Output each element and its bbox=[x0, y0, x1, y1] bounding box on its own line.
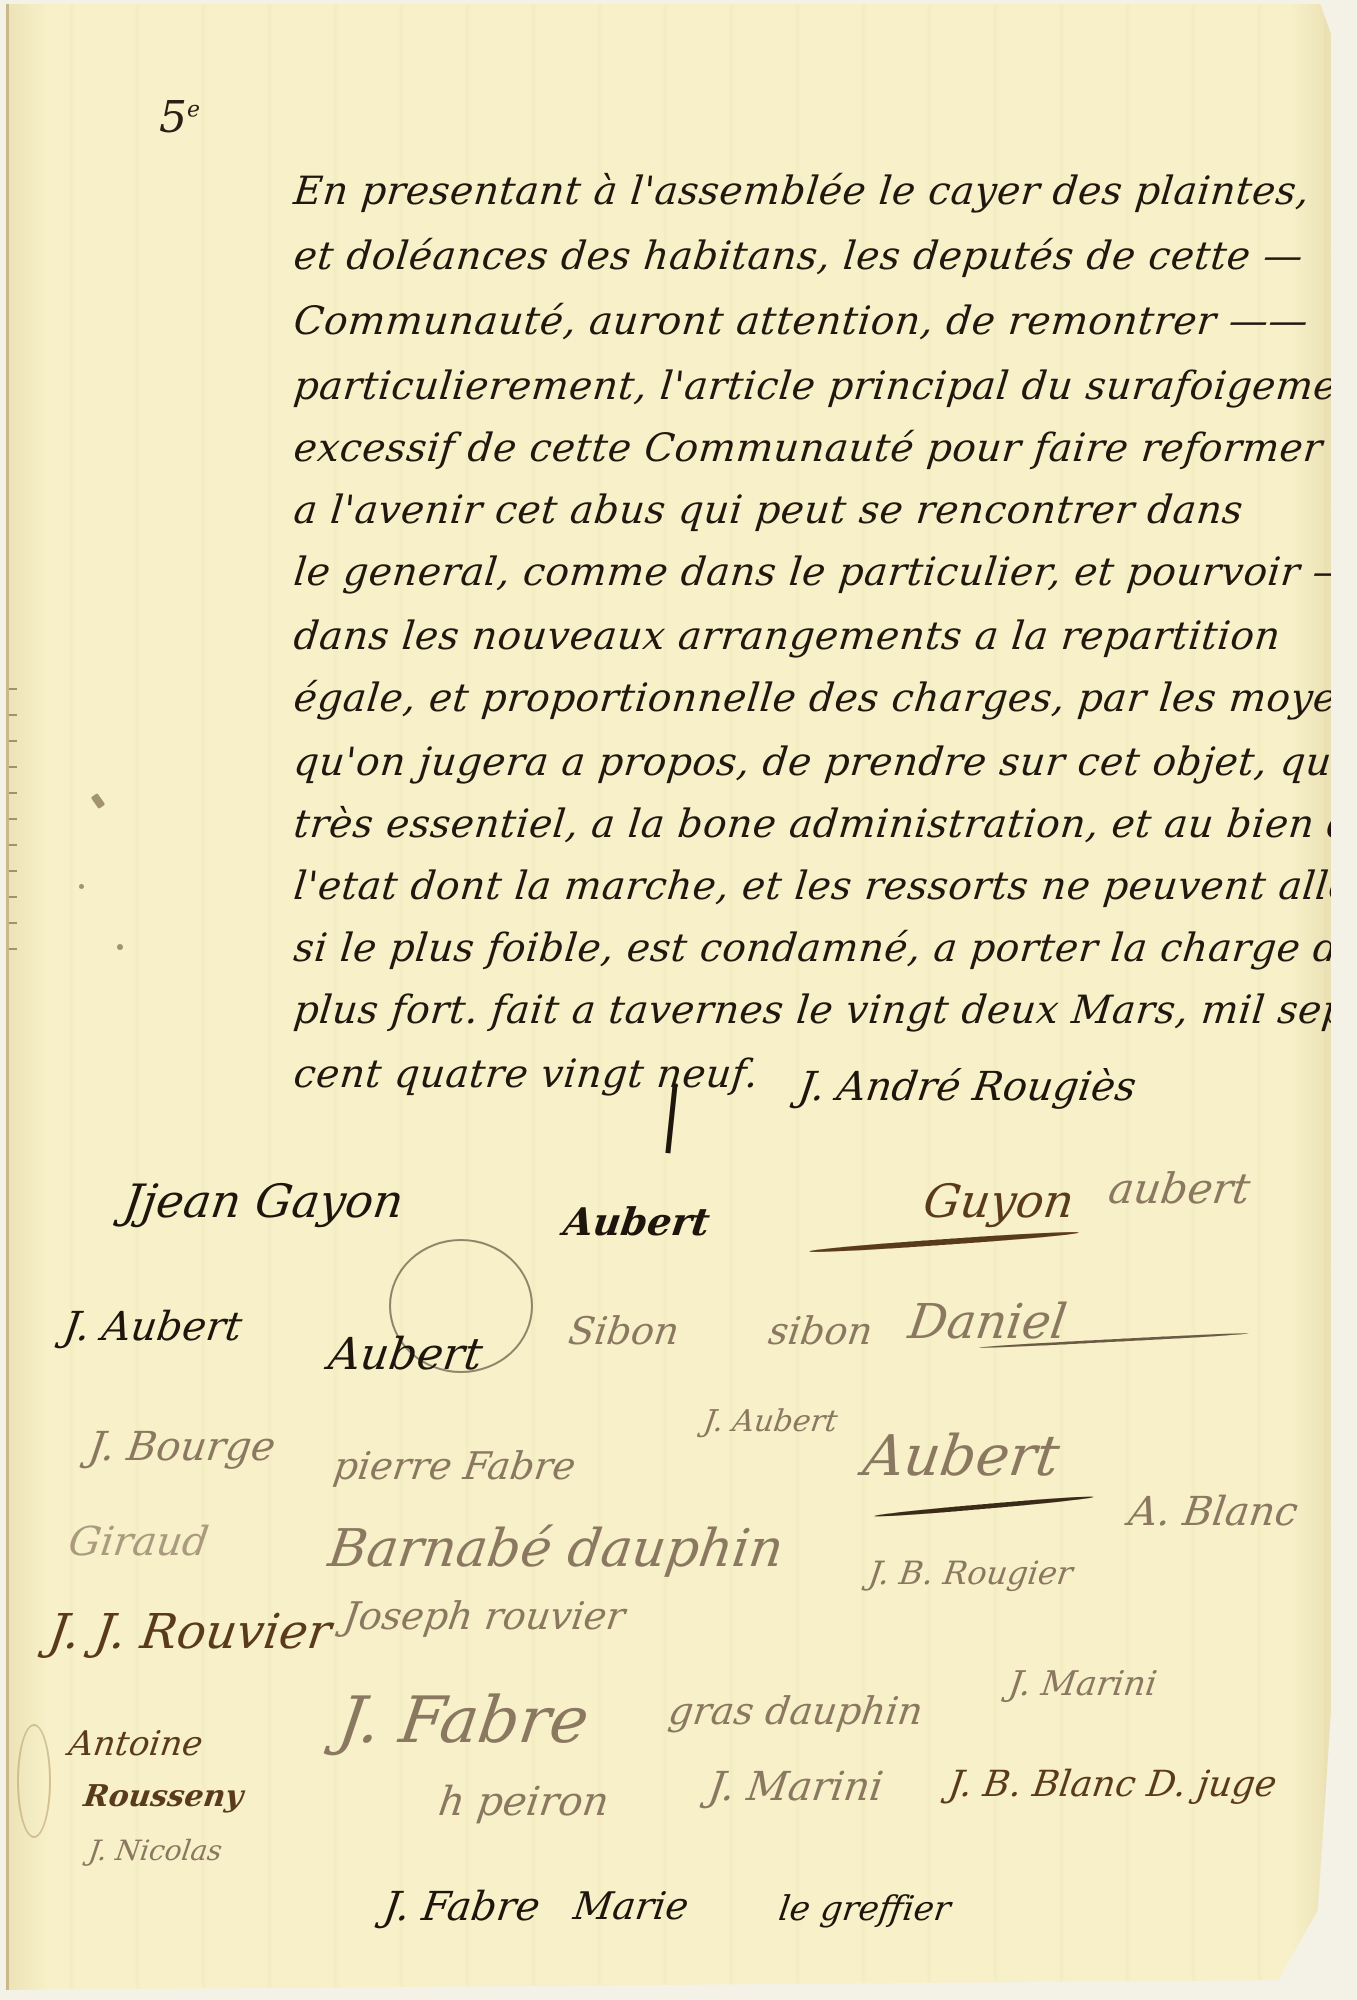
signature-j-fabre: J. Fabre bbox=[334, 1684, 593, 1758]
text-line: Communauté, auront attention, de remontr… bbox=[292, 299, 1311, 344]
signature-aubert-4: Aubert bbox=[859, 1424, 1063, 1489]
ink-speck bbox=[117, 944, 123, 950]
signature-antoine: Antoine bbox=[66, 1724, 205, 1764]
signature-gras-dauphin: gras dauphin bbox=[666, 1689, 926, 1733]
folio-number: 5e bbox=[159, 92, 200, 143]
signature-guyon: Guyon bbox=[920, 1174, 1077, 1228]
signature-j-aubert-2: J. Aubert bbox=[702, 1404, 840, 1439]
binding-edge bbox=[9, 664, 17, 964]
signature-greffier: le greffier bbox=[776, 1889, 953, 1929]
signature-j-marini-2: J. Marini bbox=[706, 1764, 886, 1810]
text-line: dans les nouveaux arrangements a la repa… bbox=[292, 614, 1283, 659]
signature-j-aubert: J. Aubert bbox=[61, 1304, 245, 1350]
signature-jj-rouvier: J. J. Rouvier bbox=[45, 1604, 335, 1660]
signature-h-peiron: h peiron bbox=[436, 1779, 612, 1825]
folio-value: 5 bbox=[159, 92, 187, 143]
text-line: égale, et proportionnelle des charges, p… bbox=[292, 676, 1357, 721]
ink-speck bbox=[79, 884, 84, 889]
text-line: si le plus foible, est condamné, a porte… bbox=[292, 926, 1357, 971]
signature-j-fabre-2: J. Fabre bbox=[381, 1884, 543, 1930]
text-line: qu'on jugera a propos, de prendre sur ce… bbox=[292, 740, 1357, 785]
text-line: particulierement, l'article principal du… bbox=[292, 364, 1357, 409]
signature-j-bourge: J. Bourge bbox=[86, 1424, 278, 1470]
signature-sibon-2: sibon bbox=[766, 1309, 876, 1353]
text-line: a l'avenir cet abus qui peut se rencontr… bbox=[292, 488, 1246, 533]
text-line: plus fort. fait a tavernes le vingt deux… bbox=[292, 988, 1357, 1033]
signature-jb-rougier: J. B. Rougier bbox=[866, 1554, 1075, 1592]
signature-rousseny: Rousseny bbox=[82, 1779, 246, 1814]
flourish-stroke bbox=[809, 1230, 1079, 1255]
ink-mark bbox=[91, 793, 106, 809]
signature-aubert: Aubert bbox=[561, 1199, 713, 1244]
text-line: et doléances des habitans, les deputés d… bbox=[292, 234, 1306, 279]
signature-a-blanc: A. Blanc bbox=[1126, 1489, 1301, 1535]
signature-jean-gayon: Jjean Gayon bbox=[120, 1174, 407, 1228]
signature-daniel: Daniel bbox=[905, 1294, 1070, 1350]
signature-pierre-fabre: pierre Fabre bbox=[331, 1444, 578, 1488]
signature-j-marini: J. Marini bbox=[1006, 1664, 1159, 1704]
paper-stain bbox=[17, 1724, 51, 1838]
text-line: le general, comme dans le particulier, e… bbox=[292, 550, 1355, 595]
signature-joseph-rouvier: Joseph rouvier bbox=[341, 1594, 628, 1638]
folio-suffix: e bbox=[187, 97, 200, 122]
signature-marie: Marie bbox=[571, 1884, 692, 1928]
signature-aubert-3: Aubert bbox=[325, 1329, 485, 1380]
signature-jb-blanc-juge: J. B. Blanc D. juge bbox=[946, 1764, 1279, 1805]
text-line: En presentant à l'assemblée le cayer des… bbox=[292, 169, 1312, 214]
manuscript-page: 5e En presentant à l'assemblée le cayer … bbox=[6, 4, 1331, 1990]
text-line: excessif de cette Communauté pour faire … bbox=[292, 426, 1357, 471]
text-line: l'etat dont la marche, et les ressorts n… bbox=[292, 864, 1357, 909]
flourish-stroke bbox=[874, 1494, 1094, 1518]
signature-j-nicolas: J. Nicolas bbox=[87, 1834, 225, 1867]
signature-sibon: Sibon bbox=[566, 1309, 682, 1353]
signature-barnabe-dauphin: Barnabé dauphin bbox=[325, 1519, 787, 1579]
signature-giraud: Giraud bbox=[66, 1519, 212, 1565]
signature-aubert-2: aubert bbox=[1106, 1164, 1254, 1213]
text-line: très essentiel, a la bone administration… bbox=[292, 802, 1357, 847]
signature-andre-rougies: J. André Rougiès bbox=[796, 1064, 1139, 1110]
